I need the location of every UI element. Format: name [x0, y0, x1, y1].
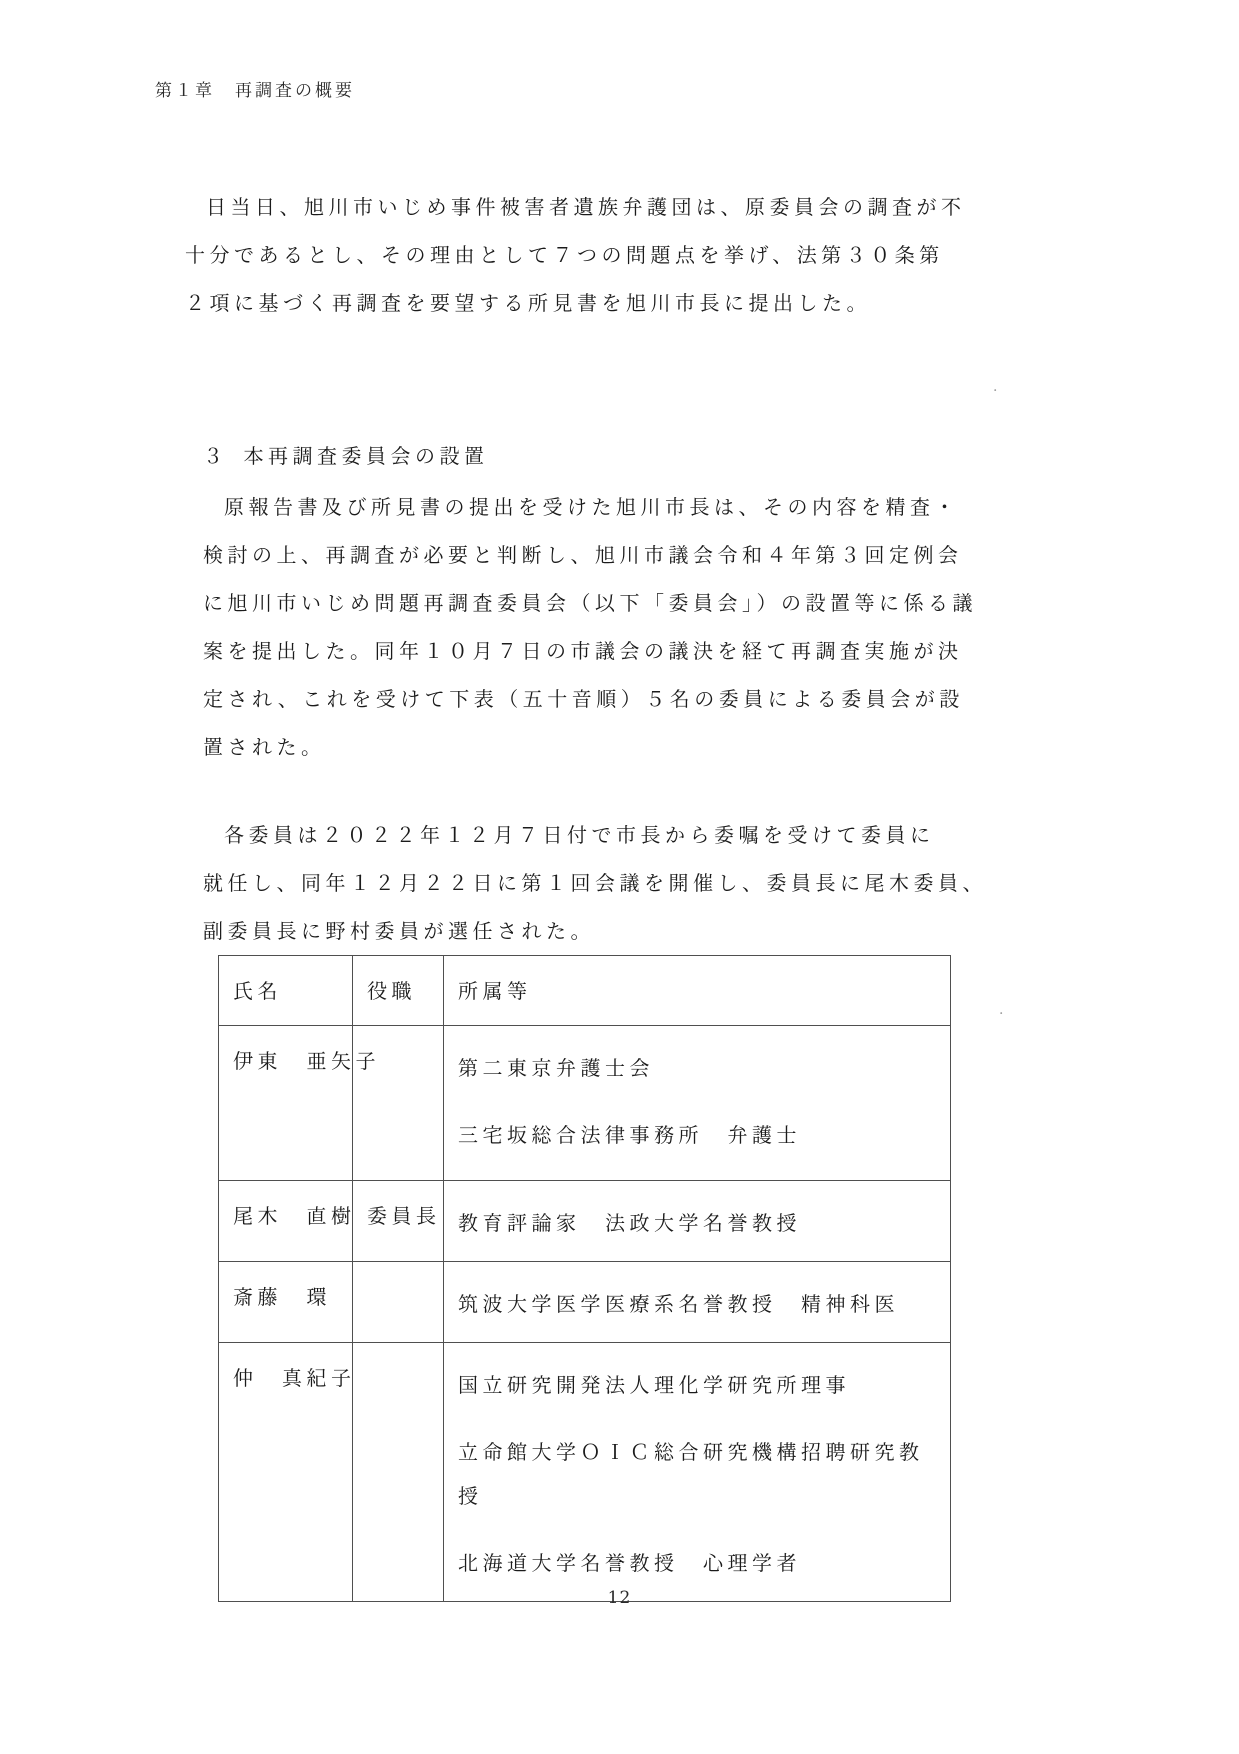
- affiliation-line: 立命館大学ＯＩＣ総合研究機構招聘研究教授: [458, 1430, 938, 1518]
- member-name: 尾木 直樹: [219, 1181, 353, 1262]
- committee-members-table: 氏名 役職 所属等 伊東 亜矢子 第二東京弁護士会 三宅坂総合法律事務所 弁護士…: [218, 955, 951, 1602]
- paragraph-line: 原報告書及び所見書の提出を受けた旭川市長は、その内容を精査・: [203, 483, 977, 531]
- affiliation-line: 第二東京弁護士会: [458, 1046, 938, 1090]
- column-header-name: 氏名: [219, 956, 353, 1026]
- table-row: 斎藤 環 筑波大学医学医療系名誉教授 精神科医: [219, 1262, 951, 1343]
- member-affiliation: 教育評論家 法政大学名誉教授: [444, 1181, 951, 1262]
- paragraph-line: 副委員長に野村委員が選任された。: [203, 907, 987, 955]
- table-header-row: 氏名 役職 所属等: [219, 956, 951, 1026]
- affiliation-line: 三宅坂総合法律事務所 弁護士: [458, 1113, 938, 1157]
- member-name: 斎藤 環: [219, 1262, 353, 1343]
- scan-artifact-dot: ·: [999, 1006, 1003, 1022]
- chapter-running-header: 第１章 再調査の概要: [155, 76, 355, 101]
- member-name: 伊東 亜矢子: [219, 1026, 353, 1181]
- paragraph-line: 日当日、旭川市いじめ事件被害者遺族弁護団は、原委員会の調査が不: [185, 183, 966, 231]
- paragraph-line: ２項に基づく再調査を要望する所見書を旭川市長に提出した。: [185, 279, 966, 327]
- member-affiliation: 第二東京弁護士会 三宅坂総合法律事務所 弁護士: [444, 1026, 951, 1181]
- scan-artifact-dot: ·: [993, 383, 997, 399]
- section-heading: ３本再調査委員会の設置: [203, 432, 489, 480]
- paragraph-line: 各委員は２０２２年１２月７日付で市長から委嘱を受けて委員に: [203, 811, 987, 859]
- table-row: 尾木 直樹 委員長 教育評論家 法政大学名誉教授: [219, 1181, 951, 1262]
- document-page: 第１章 再調査の概要 日当日、旭川市いじめ事件被害者遺族弁護団は、原委員会の調査…: [0, 0, 1239, 1754]
- table-row: 伊東 亜矢子 第二東京弁護士会 三宅坂総合法律事務所 弁護士: [219, 1026, 951, 1181]
- paragraph-line: 定され、これを受けて下表（五十音順）５名の委員による委員会が設: [203, 675, 977, 723]
- member-role: [353, 1343, 444, 1602]
- member-affiliation: 筑波大学医学医療系名誉教授 精神科医: [444, 1262, 951, 1343]
- paragraph-line: 十分であるとし、その理由として７つの問題点を挙げ、法第３０条第: [185, 231, 966, 279]
- member-name: 仲 真紀子: [219, 1343, 353, 1602]
- paragraph-line: 検討の上、再調査が必要と判断し、旭川市議会令和４年第３回定例会: [203, 531, 977, 579]
- column-header-affiliation: 所属等: [444, 956, 951, 1026]
- paragraph-setup: 原報告書及び所見書の提出を受けた旭川市長は、その内容を精査・ 検討の上、再調査が…: [203, 483, 977, 771]
- section-number: ３: [203, 444, 228, 468]
- affiliation-line: 国立研究開発法人理化学研究所理事: [458, 1363, 938, 1407]
- paragraph-line: 就任し、同年１２月２２日に第１回会議を開催し、委員長に尾木委員、: [203, 859, 987, 907]
- affiliation-line: 北海道大学名誉教授 心理学者: [458, 1541, 938, 1585]
- table-row: 仲 真紀子 国立研究開発法人理化学研究所理事 立命館大学ＯＩＣ総合研究機構招聘研…: [219, 1343, 951, 1602]
- paragraph-members: 各委員は２０２２年１２月７日付で市長から委嘱を受けて委員に 就任し、同年１２月２…: [203, 811, 987, 955]
- paragraph-intro: 日当日、旭川市いじめ事件被害者遺族弁護団は、原委員会の調査が不 十分であるとし、…: [185, 183, 966, 327]
- member-role: 委員長: [353, 1181, 444, 1262]
- page-number: 12: [0, 1588, 1239, 1608]
- affiliation-line: 教育評論家 法政大学名誉教授: [458, 1201, 938, 1245]
- affiliation-line: 筑波大学医学医療系名誉教授 精神科医: [458, 1282, 938, 1326]
- member-affiliation: 国立研究開発法人理化学研究所理事 立命館大学ＯＩＣ総合研究機構招聘研究教授 北海…: [444, 1343, 951, 1602]
- section-title: 本再調査委員会の設置: [244, 444, 489, 468]
- column-header-role: 役職: [353, 956, 444, 1026]
- paragraph-line: に旭川市いじめ問題再調査委員会（以下「委員会」）の設置等に係る議: [203, 579, 977, 627]
- paragraph-line: 案を提出した。同年１０月７日の市議会の議決を経て再調査実施が決: [203, 627, 977, 675]
- paragraph-line: 置された。: [203, 723, 977, 771]
- member-role: [353, 1262, 444, 1343]
